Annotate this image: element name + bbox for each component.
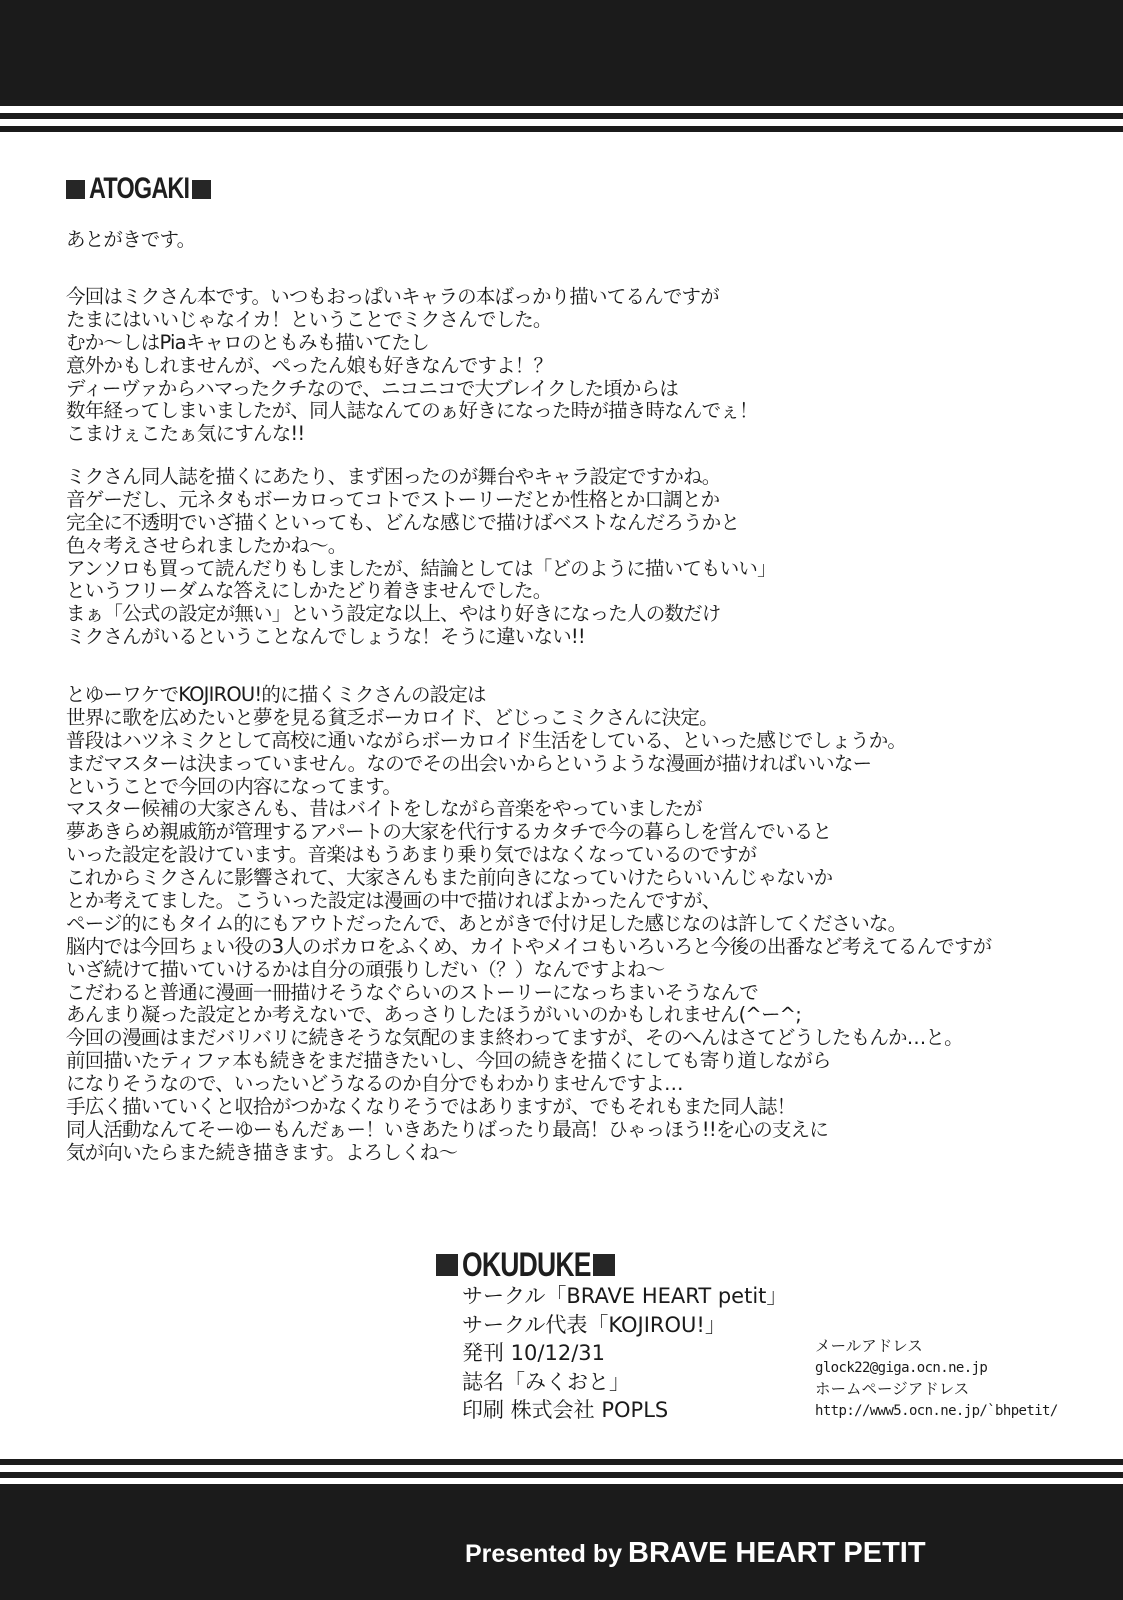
text-line: 世界に歌を広めたいと夢を見る貧乏ボーカロイド、どじっこミクさんに決定。 [66, 707, 991, 730]
contact-info: メールアドレス glock22@giga.ocn.ne.jp ホームページアドレ… [815, 1336, 1058, 1422]
text-line: アンソロも買って読んだりもしましたが、結論としては「どのように描いてもいい」 [66, 558, 776, 581]
text-line: 今回の漫画はまだバリバリに続きそうな気配のまま終わってますが、そのへんはさてどう… [66, 1027, 991, 1050]
heading-square-right [593, 1254, 615, 1276]
publication-title: 誌名「みくおと」 [462, 1368, 787, 1397]
text-line: 前回描いたティファ本も続きをまだ描きたいし、今回の続きを描くにしても寄り道しなが… [66, 1050, 991, 1073]
text-line: ページ的にもタイム的にもアウトだったんで、あとがきで付け足した感じなのは許してく… [66, 913, 991, 936]
text-line: こまけぇこたぁ気にすんな!! [66, 423, 758, 446]
circle-name: サークル「BRAVE HEART petit」 [462, 1282, 787, 1311]
atogaki-heading-text: ATOGAKI [89, 172, 189, 206]
text-line: これからミクさんに影響されて、大家さんもまた前向きになっていけたらいいんじゃない… [66, 867, 991, 890]
text-line: こだわると普通に漫画一冊描けそうなぐらいのストーリーになっちまいそうなんで [66, 982, 991, 1005]
text-line: というフリーダムな答えにしかたどり着きませんでした。 [66, 580, 776, 603]
colophon-details: サークル「BRAVE HEART petit」 サークル代表「KOJIROU!」… [462, 1282, 787, 1425]
top-stripe-1 [0, 113, 1123, 119]
text-line: 同人活動なんてそーゆーもんだぁー！いきあたりばったり最高！ひゃっほう!!を心の支… [66, 1119, 991, 1142]
text-line: 色々考えさせられましたかね～。 [66, 535, 776, 558]
text-line: ミクさん同人誌を描くにあたり、まず困ったのが舞台やキャラ設定ですかね。 [66, 466, 776, 489]
mail-label: メールアドレス [815, 1336, 1058, 1358]
top-band [0, 0, 1123, 106]
okuduke-heading-text: OKUDUKE [462, 1246, 591, 1285]
text-line: 今回はミクさん本です。いつもおっぱいキャラの本ばっかり描いてるんですが [66, 286, 758, 309]
text-line: 数年経ってしまいましたが、同人誌なんてのぁ好きになった時が描き時なんでぇ！ [66, 400, 758, 423]
circle-representative: サークル代表「KOJIROU!」 [462, 1311, 787, 1340]
text-line: 気が向いたらまた続き描きます。よろしくね～ [66, 1142, 991, 1165]
okuduke-heading: OKUDUKE [436, 1249, 615, 1281]
footer-credit: Presented byBRAVE HEART PETIT [465, 1537, 926, 1570]
atogaki-paragraph-3: とゆーワケでKOJIROU!的に描くミクさんの設定は 世界に歌を広めたいと夢を見… [66, 684, 991, 1165]
text-line: ディーヴァからハマったクチなので、ニコニコで大ブレイクした頃からは [66, 378, 758, 401]
bottom-stripe-2 [0, 1472, 1123, 1478]
heading-square-left [436, 1254, 458, 1276]
bottom-stripe-1 [0, 1459, 1123, 1465]
top-stripe-2 [0, 126, 1123, 132]
heading-square-left [66, 180, 85, 199]
text-line: になりそうなので、いったいどうなるのか自分でもわかりませんですよ… [66, 1073, 991, 1096]
mail-address: glock22@giga.ocn.ne.jp [815, 1358, 1058, 1380]
text-line: 脳内では今回ちょい役の3人のボカロをふくめ、カイトやメイコもいろいろと今後の出番… [66, 936, 991, 959]
text-line: まぁ「公式の設定が無い」という設定な以上、やはり好きになった人の数だけ [66, 603, 776, 626]
text-line: 意外かもしれませんが、ぺったん娘も好きなんですよ！？ [66, 355, 758, 378]
text-line: いった設定を設けています。音楽はもうあまり乗り気ではなくなっているのですが [66, 844, 991, 867]
heading-square-right [192, 180, 211, 199]
atogaki-intro: あとがきです。 [66, 229, 195, 252]
printer: 印刷 株式会社 POPLS [462, 1396, 787, 1425]
text-line: 音ゲーだし、元ネタもボーカロってコトでストーリーだとか性格とか口調とか [66, 489, 776, 512]
text-line: ということで今回の内容になってます。 [66, 776, 991, 799]
text-line: たまにはいいじゃなイカ！ということでミクさんでした。 [66, 309, 758, 332]
text-line: 夢あきらめ親戚筋が管理するアパートの大家を代行するカタチで今の暮らしを営んでいる… [66, 821, 991, 844]
text-line: ミクさんがいるということなんでしょうな！そうに違いない!! [66, 626, 776, 649]
text-line: あんまり凝った設定とか考えないで、あっさりしたほうがいいのかもしれません(^ー^… [66, 1004, 991, 1027]
text-line: まだマスターは決まっていません。なのでその出会いからというような漫画が描ければい… [66, 753, 991, 776]
text-line: とゆーワケでKOJIROU!的に描くミクさんの設定は [66, 684, 991, 707]
homepage-label: ホームページアドレス [815, 1379, 1058, 1401]
homepage-url: http://www5.ocn.ne.jp/`bhpetit/ [815, 1401, 1058, 1423]
text-line: とか考えてました。こういった設定は漫画の中で描ければよかったんですが、 [66, 890, 991, 913]
text-line: マスター候補の大家さんも、昔はバイトをしながら音楽をやっていましたが [66, 798, 991, 821]
text-line: 手広く描いていくと収拾がつかなくなりそうではありますが、でもそれもまた同人誌！ [66, 1096, 991, 1119]
atogaki-paragraph-1: 今回はミクさん本です。いつもおっぱいキャラの本ばっかり描いてるんですが たまには… [66, 286, 758, 446]
intro-line: あとがきです。 [66, 229, 195, 252]
text-line: むか～しはPiaキャロのともみも描いてたし [66, 332, 758, 355]
text-line: 完全に不透明でいざ描くといっても、どんな感じで描けばベストなんだろうかと [66, 512, 776, 535]
circle-credit: BRAVE HEART PETIT [628, 1537, 926, 1569]
text-line: 普段はハツネミクとして高校に通いながらボーカロイド生活をしている、といった感じで… [66, 730, 991, 753]
atogaki-heading: ATOGAKI [66, 175, 211, 203]
presented-by-label: Presented by [465, 1540, 622, 1568]
publish-date: 発刊 10/12/31 [462, 1339, 787, 1368]
atogaki-paragraph-2: ミクさん同人誌を描くにあたり、まず困ったのが舞台やキャラ設定ですかね。 音ゲーだ… [66, 466, 776, 649]
text-line: いざ続けて描いていけるかは自分の頑張りしだい（？）なんですよね～ [66, 959, 991, 982]
